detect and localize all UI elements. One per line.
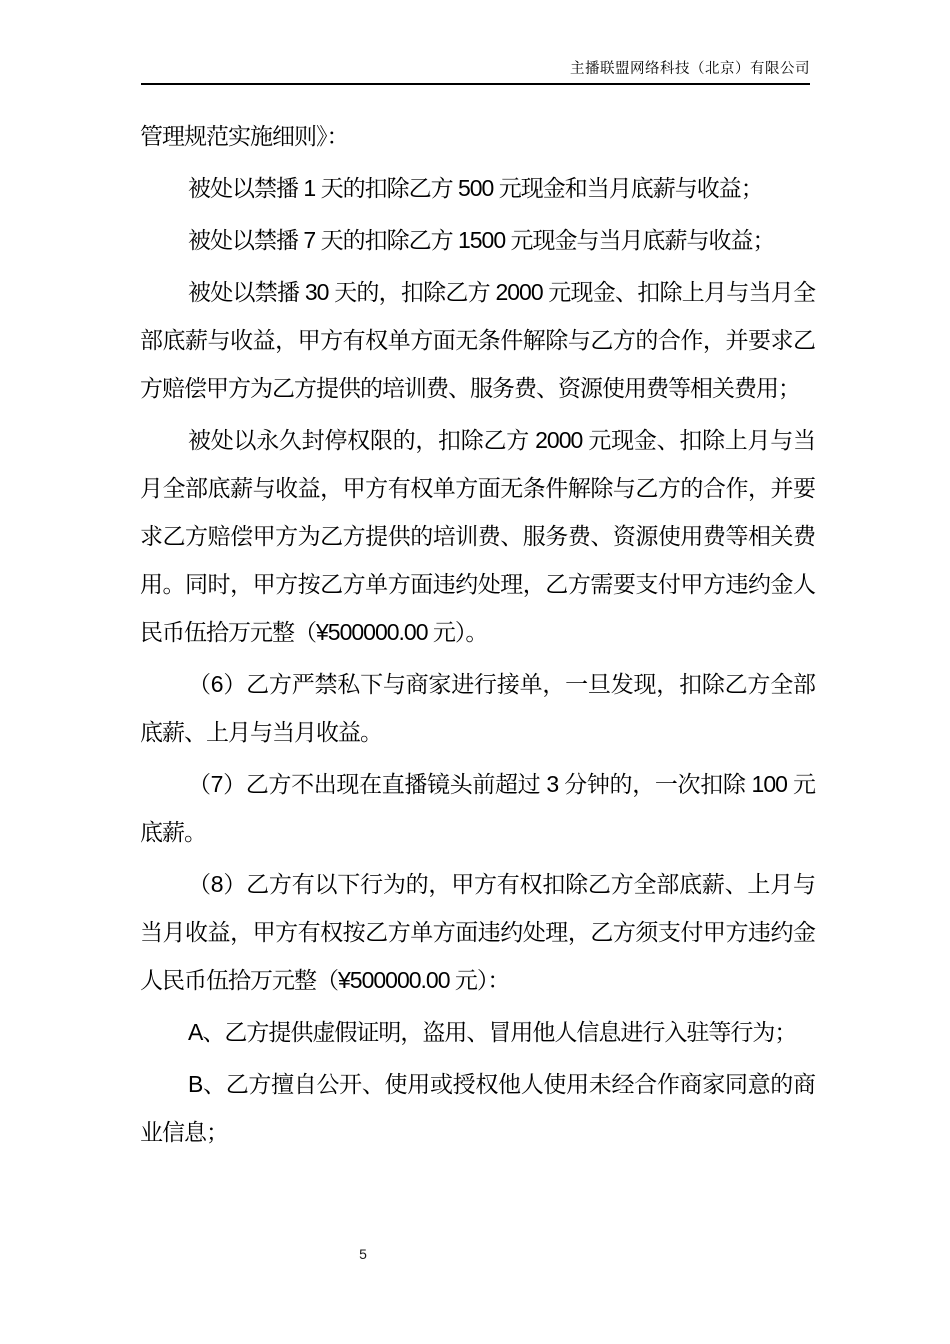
page-header: 主播联盟网络科技（北京）有限公司 [141, 56, 810, 85]
company-name: 主播联盟网络科技（北京）有限公司 [141, 56, 810, 82]
paragraph-item-b: B、乙方擅自公开、使用或授权他人使用未经合作商家同意的商业信息； [140, 1060, 815, 1156]
page-footer: 5 [0, 1246, 950, 1266]
page-number: 5 [353, 1246, 373, 1262]
paragraph-permanent-ban: 被处以永久封停权限的，扣除乙方 2000 元现金、扣除上月与当月全部底薪与收益，… [140, 416, 815, 656]
document-page: 主播联盟网络科技（北京）有限公司 管理规范实施细则》： 被处以禁播 1 天的扣除… [0, 0, 950, 1344]
document-body: 管理规范实施细则》： 被处以禁播 1 天的扣除乙方 500 元现金和当月底薪与收… [140, 112, 815, 1160]
paragraph-clause-8: （8）乙方有以下行为的，甲方有权扣除乙方全部底薪、上月与当月收益，甲方有权按乙方… [140, 860, 815, 1004]
paragraph-ban-1-day: 被处以禁播 1 天的扣除乙方 500 元现金和当月底薪与收益； [140, 164, 815, 212]
paragraph-ban-30-days: 被处以禁播 30 天的，扣除乙方 2000 元现金、扣除上月与当月全部底薪与收益… [140, 268, 815, 412]
paragraph-ban-7-days: 被处以禁播 7 天的扣除乙方 1500 元现金与当月底薪与收益； [140, 216, 815, 264]
paragraph-clause-6: （6）乙方严禁私下与商家进行接单，一旦发现，扣除乙方全部底薪、上月与当月收益。 [140, 660, 815, 756]
paragraph-item-a: A、乙方提供虚假证明，盗用、冒用他人信息进行入驻等行为； [140, 1008, 815, 1056]
header-rule [141, 83, 810, 85]
paragraph-intro: 管理规范实施细则》： [140, 112, 815, 160]
paragraph-clause-7: （7）乙方不出现在直播镜头前超过 3 分钟的，一次扣除 100 元底薪。 [140, 760, 815, 856]
